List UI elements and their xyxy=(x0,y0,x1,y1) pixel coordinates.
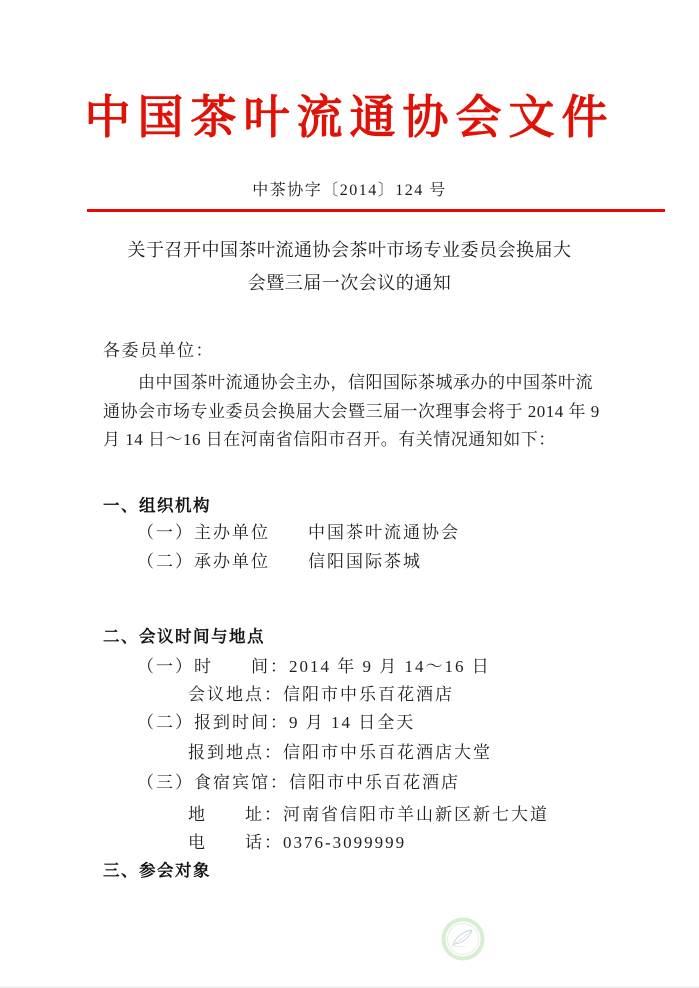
intro-line-3: 月 14 日～16 日在河南省信阳市召开。有关情况通知如下： xyxy=(103,427,556,453)
tea-leaf-icon xyxy=(440,916,486,962)
intro-line-1: 由中国茶叶流通协会主办，信阳国际茶城承办的中国茶叶流 xyxy=(138,370,593,396)
section-heading-time-place: 二、会议时间与地点 xyxy=(103,625,265,649)
document-title-line-2: 会暨三届一次会议的通知 xyxy=(0,270,699,296)
intro-line-2: 通协会市场专业委员会换届大会暨三届一次理事会将于 2014 年 9 xyxy=(103,399,600,425)
meeting-time-item: （一）时 间：2014 年 9 月 14～16 日 xyxy=(137,654,491,680)
letterhead-title: 中国茶叶流通协会文件 xyxy=(0,88,699,148)
checkin-place-item: 报到地点：信阳市中乐百花酒店大堂 xyxy=(188,740,492,766)
document-number: 中茶协字〔2014〕124 号 xyxy=(0,179,699,203)
section-heading-organization: 一、组织机构 xyxy=(103,494,211,518)
hotel-address-item: 地 址：河南省信阳市羊山新区新七大道 xyxy=(188,802,549,828)
association-seal-watermark xyxy=(440,916,486,962)
document-page: 中国茶叶流通协会文件 中茶协字〔2014〕124 号 关于召开中国茶叶流通协会茶… xyxy=(0,0,699,988)
checkin-time-item: （二）报到时间：9 月 14 日全天 xyxy=(137,710,415,736)
meeting-place-item: 会议地点：信阳市中乐百花酒店 xyxy=(188,682,454,708)
organizer-item-undertaker: （二）承办单位 信阳国际茶城 xyxy=(137,549,422,575)
organizer-item-host: （一）主办单位 中国茶叶流通协会 xyxy=(137,520,460,546)
document-title-line-1: 关于召开中国茶叶流通协会茶叶市场专业委员会换届大 xyxy=(0,237,699,263)
section-heading-attendees: 三、参会对象 xyxy=(103,859,211,883)
hotel-item: （三）食宿宾馆：信阳市中乐百花酒店 xyxy=(137,770,460,796)
salutation: 各委员单位： xyxy=(103,338,214,364)
hotel-phone-item: 电 话：0376-3099999 xyxy=(188,830,406,856)
red-divider-line xyxy=(87,209,665,212)
